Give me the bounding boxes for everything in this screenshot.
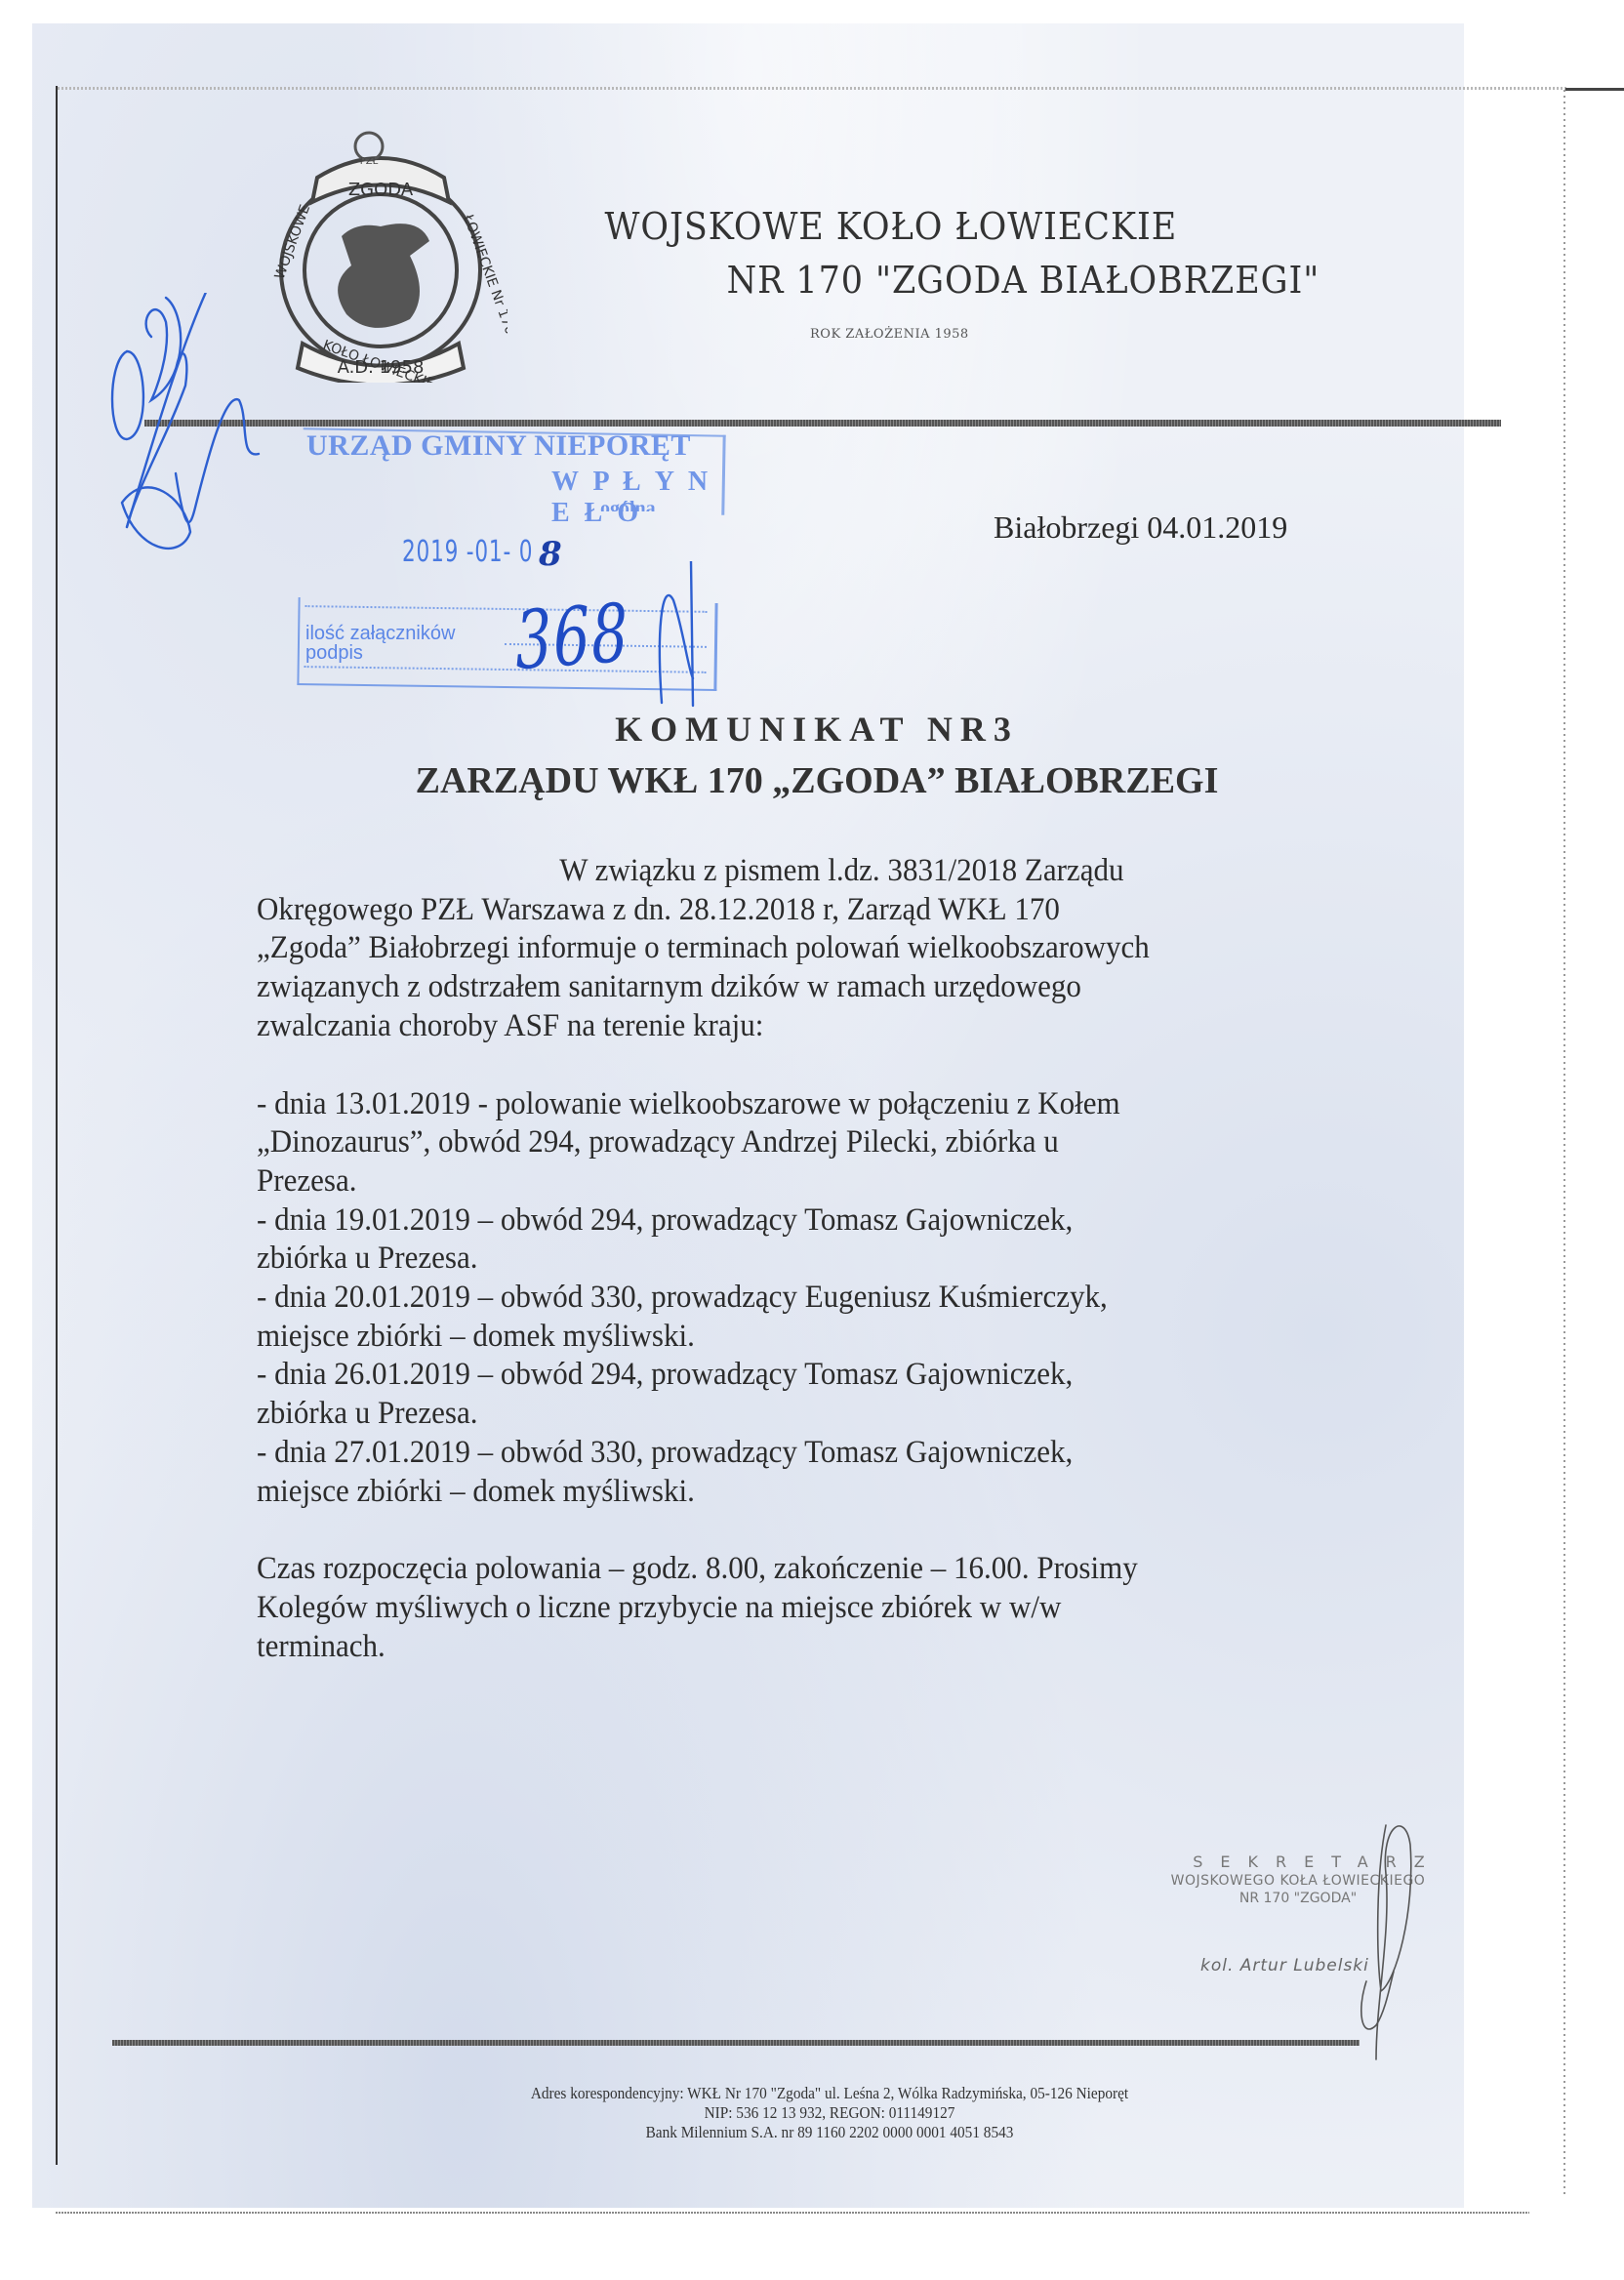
intro-line: „Zgoda” Białobrzegi informuje o terminac… [257,929,1412,968]
hunt-item: - dnia 20.01.2019 – obwód 330, prowadząc… [257,1279,1412,1356]
hunt-item-line: - dnia 13.01.2019 - polowanie wielkoobsz… [257,1085,1412,1124]
stamp-office-name: URZĄD GMINY NIEPORĘT [306,429,691,463]
hunt-item: - dnia 13.01.2019 - polowanie wielkoobsz… [257,1085,1412,1201]
page-frame-right [1563,90,1565,2198]
place-and-date: Białobrzegi 04.01.2019 [994,509,1287,546]
hunt-item-line: Prezesa. [257,1162,1412,1201]
stamp-date: 2019 -01- 0 [402,535,533,569]
page-frame-top-right [1565,88,1624,91]
hunt-item-line: - dnia 20.01.2019 – obwód 330, prowadząc… [257,1279,1412,1318]
intro-line: Okręgowego PZŁ Warszawa z dn. 28.12.2018… [257,891,1412,930]
stamp-dept-label: ogólna [600,498,656,511]
page-frame-bottom [56,2212,1529,2214]
footer-address: Adres korespondencyjny: WKŁ Nr 170 "Zgod… [434,2084,1225,2103]
handwritten-initials-icon [98,293,293,566]
closing-line: Czas rozpoczęcia polowania – godz. 8.00,… [257,1550,1412,1589]
hunt-item: - dnia 26.01.2019 – obwód 294, prowadząc… [257,1356,1412,1433]
intro-line: zwalczania choroby ASF na terenie kraju: [257,1007,1412,1046]
svg-text:ZGODA: ZGODA [348,180,414,200]
intro-line: W związku z pismem l.dz. 3831/2018 Zarzą… [257,852,1412,891]
hunt-list: - dnia 13.01.2019 - polowanie wielkoobsz… [257,1085,1412,1512]
hunt-item: - dnia 27.01.2019 – obwód 330, prowadząc… [257,1434,1412,1511]
footer-bank-account: Bank Milennium S.A. nr 89 1160 2202 0000… [434,2123,1225,2142]
hunt-item-line: miejsce zbiórki – domek myśliwski. [257,1473,1412,1512]
hunting-club-emblem-icon: PZŁ ZGODA A.D. 1958 WOJSKOWE ŁOWIECKIE N… [264,109,507,383]
document-body: W związku z pismem l.dz. 3831/2018 Zarzą… [257,852,1412,1666]
footer: Adres korespondencyjny: WKŁ Nr 170 "Zgod… [434,2084,1225,2142]
hunt-item-line: - dnia 26.01.2019 – obwód 294, prowadząc… [257,1356,1412,1395]
closing-line: terminach. [257,1628,1412,1667]
handwritten-initial-icon [654,561,712,708]
hunt-item-line: „Dinozaurus”, obwód 294, prowadzący Andr… [257,1123,1412,1162]
founded-year: ROK ZAŁOŻENIA 1958 [810,327,969,342]
footer-tax-ids: NIP: 536 12 13 932, REGON: 011149127 [434,2103,1225,2123]
document-subtitle: ZARZĄDU WKŁ 170 „ZGODA” BIAŁOBRZEGI [0,759,1624,802]
stamp-dotted-line [304,666,707,673]
closing-line: Kolegów myśliwych o liczne przybycie na … [257,1589,1412,1628]
svg-text:WOJSKOWE: WOJSKOWE [272,203,313,282]
received-stamp: URZĄD GMINY NIEPORĘT W P Ł Y N E Ł O ogó… [303,426,732,513]
handwritten-registry-number: 368 [513,588,630,688]
org-name-line2: NR 170 "ZGODA BIAŁOBRZEGI" [727,259,1320,302]
org-name-line1: WOJSKOWE KOŁO ŁOWIECKIE [605,205,1178,248]
secretary-name: kol. Artur Lubelski [1200,1956,1369,1975]
page-frame-left [56,86,58,2165]
secretary-signature-icon [1357,1815,1435,2069]
stamp-date-handwritten-digit: 8 [539,535,562,574]
hunt-item-line: - dnia 19.01.2019 – obwód 294, prowadząc… [257,1201,1412,1241]
signature-label: podpis [305,642,363,665]
hunt-item-line: miejsce zbiórki – domek myśliwski. [257,1318,1412,1357]
hunt-item-line: zbiórka u Prezesa. [257,1395,1412,1434]
hunt-item-line: zbiórka u Prezesa. [257,1240,1412,1279]
intro-line: związanych z odstrzałem sanitarnym dzikó… [257,968,1412,1007]
hunt-item-line: - dnia 27.01.2019 – obwód 330, prowadząc… [257,1434,1412,1473]
document-title: KOMUNIKAT NR3 [0,709,1624,750]
svg-text:PZŁ: PZŁ [360,156,379,167]
footer-divider [112,2040,1360,2046]
page-frame-top [58,87,1567,90]
stamp-dotted-line [305,605,708,613]
hunt-item: - dnia 19.01.2019 – obwód 294, prowadząc… [257,1201,1412,1279]
